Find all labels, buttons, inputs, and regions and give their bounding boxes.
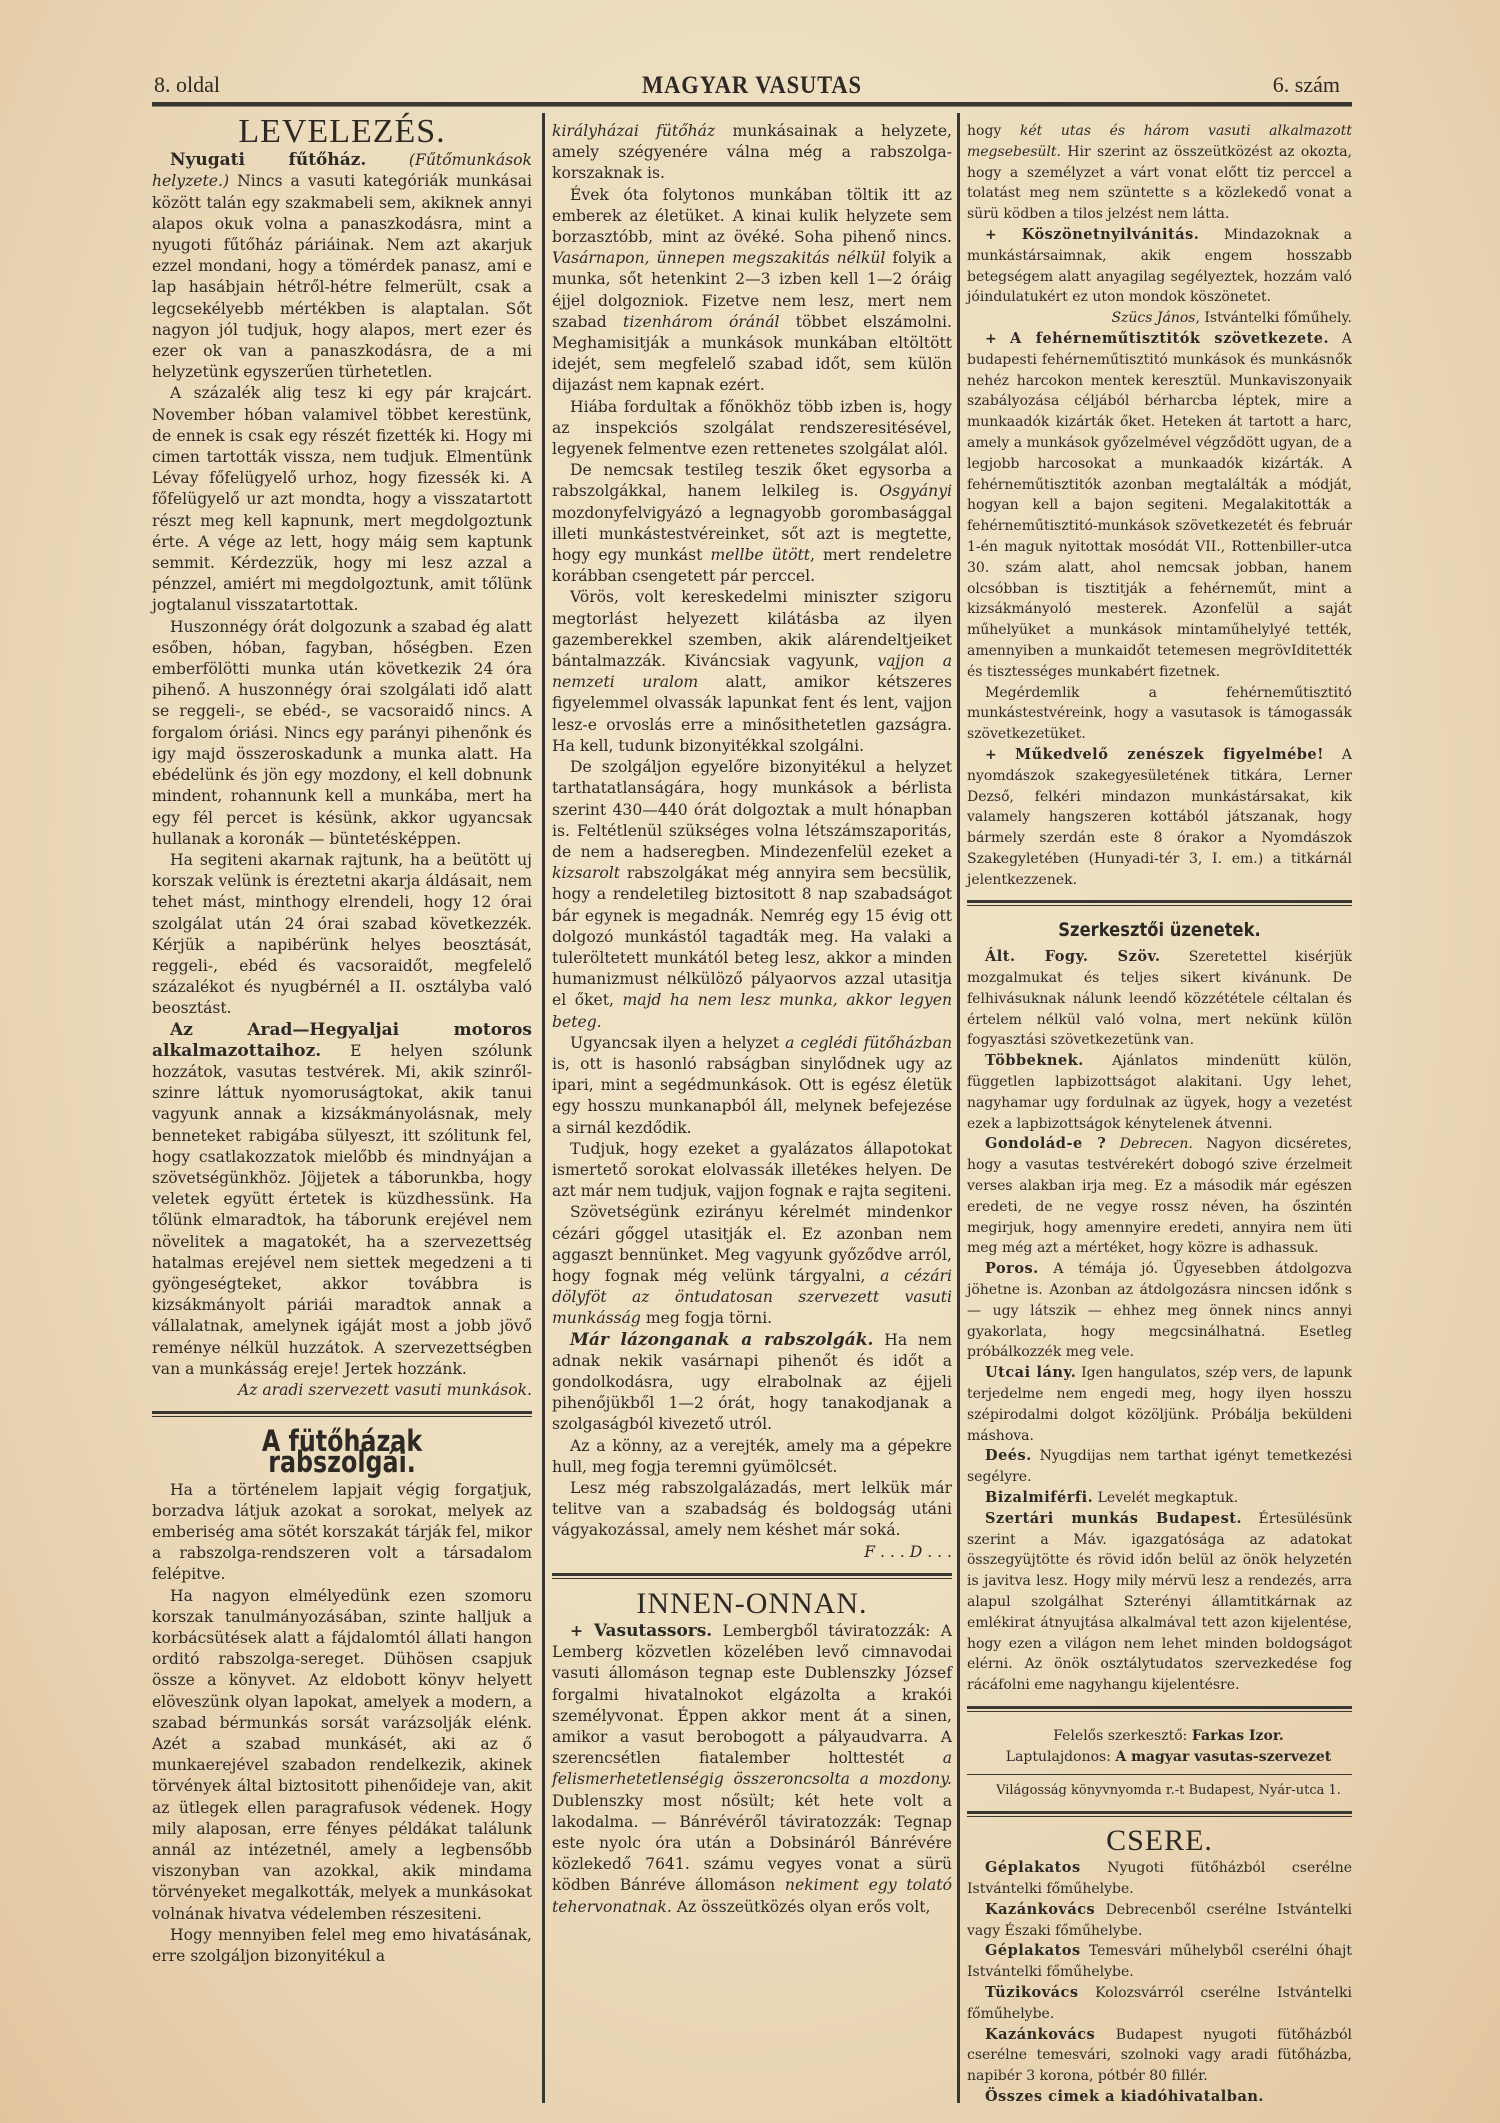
item-lead: Bizalmiférfi. xyxy=(985,1489,1093,1506)
item-lead: Gondolád-e ? xyxy=(985,1135,1106,1152)
item-lead: Kazánkovács xyxy=(985,1901,1095,1918)
paragraph: A százalék alig tesz ki egy pár krajcárt… xyxy=(152,383,532,616)
columns: LEVELEZÉS. Nyugati fűtőház. (Fűtőmunkáso… xyxy=(152,107,1352,2107)
section-divider xyxy=(152,1411,532,1417)
issue-number: 6. szám xyxy=(1273,72,1340,98)
article-lead: Már lázonganak a rabszolgák. xyxy=(570,1330,873,1350)
paragraph: Tudjuk, hogy ezeket a gyalázatos állapot… xyxy=(552,1139,952,1203)
article-koszonetnyilvanitas: + Köszönetnyilvánitás. Mindazoknak a mun… xyxy=(967,225,1352,308)
item-lead: Szertári munkás Budapest. xyxy=(985,1510,1242,1527)
section-divider xyxy=(552,1573,952,1579)
article-lead: Köszönetnyilvánitás. xyxy=(1022,226,1200,243)
cross-icon: + xyxy=(570,1621,594,1640)
exchange-ad: Kazánkovács Budapest nyugoti fütőházból … xyxy=(967,2025,1352,2087)
imprint-printer: Világosság könyvnyomda r.-t Budapest, Ny… xyxy=(967,1781,1352,1802)
paragraph: De nemcsak testileg teszik őket egysorba… xyxy=(552,460,952,587)
column-rule xyxy=(542,113,545,2103)
section-title-innen-onnan: INNEN-ONNAN. xyxy=(552,1593,952,1614)
article-mukedvelo-zeneszek: + Műkedvelő zenészek figyelmébe! A nyomd… xyxy=(967,745,1352,891)
item-lead: Ált. Fogy. Szöv. xyxy=(985,948,1161,965)
paragraph: Megérdemlik a fehérneműtisztitó munkáste… xyxy=(967,683,1352,745)
section-title-levelezes: LEVELEZÉS. xyxy=(152,121,532,142)
paragraph: Az a könny, az a verejték, amely ma a gé… xyxy=(552,1436,952,1478)
editor-message: Utcai lány. Igen hangulatos, szép vers, … xyxy=(967,1363,1352,1446)
column-left: LEVELEZÉS. Nyugati fűtőház. (Fűtőmunkáso… xyxy=(152,121,532,1967)
column-right: hogy két utas és három vasuti alkalmazot… xyxy=(967,121,1352,2108)
paragraph: Hogy mennyiben felel meg emo hivatásának… xyxy=(152,1925,532,1967)
item-lead: Poros. xyxy=(985,1260,1039,1277)
section-divider xyxy=(967,1811,1352,1817)
exchange-footer: Összes cimek a kiadóhivatalban. xyxy=(967,2087,1352,2108)
page-number: 8. oldal xyxy=(154,72,220,98)
paragraph: hogy két utas és három vasuti alkalmazot… xyxy=(967,121,1352,225)
paragraph: De szolgáljon egyelőre bizonyitékul a he… xyxy=(552,757,952,1033)
paragraph: királyházai fütőház munkásainak a helyze… xyxy=(552,121,952,185)
paragraph: Évek óta folytonos munkában töltik itt a… xyxy=(552,185,952,397)
item-lead: Deés. xyxy=(985,1447,1032,1464)
paragraph: Hiába fordultak a főnökhöz több izben is… xyxy=(552,397,952,461)
article-lead: Műkedvelő zenészek figyelmébe! xyxy=(1015,746,1324,763)
editor-message: Bizalmiférfi. Levelét megkaptuk. xyxy=(967,1488,1352,1509)
item-lead: Géplakatos xyxy=(985,1942,1081,1959)
imprint-rule xyxy=(967,1774,1352,1775)
editor-message: Gondolád-e ? Debrecen. Nagyon dicséretes… xyxy=(967,1134,1352,1259)
article-lead: Nyugati fűtőház. xyxy=(170,150,366,170)
article-title-rabszolgai: A fütőházak rabszolgái. xyxy=(186,1431,498,1473)
article-arad-hegyaljai: Az Arad—Hegyaljai motoros alkalmazottaih… xyxy=(152,1020,532,1380)
exchange-ad: Géplakatos Temesvári műhelyből cserélni … xyxy=(967,1941,1352,1983)
imprint-editor: Felelős szerkesztő: Farkas Izor. xyxy=(967,1726,1352,1747)
paragraph: Ha a történelem lapjait végig forgatjuk,… xyxy=(152,1480,532,1586)
imprint-owner: Laptulajdonos: A magyar vasutas-szerveze… xyxy=(967,1747,1352,1768)
article-signature: Szücs János, Istvántelki főműhely. xyxy=(967,308,1352,329)
newspaper-page: 8. oldal MAGYAR VASUTAS 6. szám LEVELEZÉ… xyxy=(152,72,1352,2107)
cross-icon: + xyxy=(985,227,1022,243)
article-lead: A fehérneműtisztitók szövetkezete. xyxy=(1010,330,1329,347)
paragraph: Huszonnégy órát dolgozunk a szabad ég al… xyxy=(152,617,532,850)
section-divider xyxy=(967,900,1352,906)
editor-message: Deés. Nyugdijas nem tarthat igényt temet… xyxy=(967,1446,1352,1488)
editor-message: Poros. A témája jó. Ügyesebben átdolgozv… xyxy=(967,1259,1352,1363)
cross-icon: + xyxy=(985,331,1010,347)
column-rule xyxy=(957,113,960,2103)
paragraph: Lesz még rabszolgalázadás, mert lelkük m… xyxy=(552,1478,952,1542)
article-signature: F . . . D . . . xyxy=(552,1542,952,1563)
section-divider xyxy=(967,1706,1352,1712)
item-lead: Tüzikovács xyxy=(985,1984,1079,2001)
exchange-ad: Tüzikovács Kolozsvárról cserélne Istvánt… xyxy=(967,1983,1352,2025)
cross-icon: + xyxy=(985,747,1015,763)
section-title-csere: CSERE. xyxy=(967,1831,1352,1852)
paragraph: Ugyancsak ilyen a helyzet a ceglédi fütő… xyxy=(552,1033,952,1139)
item-lead: Kazánkovács xyxy=(985,2026,1095,2043)
item-lead: Géplakatos xyxy=(985,1859,1081,1876)
paragraph: Ha nagyon elmélyedünk ezen szomoru korsz… xyxy=(152,1586,532,1925)
column-middle: királyházai fütőház munkásainak a helyze… xyxy=(552,121,952,1918)
exchange-ad: Géplakatos Nyugoti fütőházból cserélne I… xyxy=(967,1858,1352,1900)
article-lead: Vasutassors. xyxy=(594,1621,712,1641)
exchange-ad: Kazánkovács Debrecenből cserélne Istvánt… xyxy=(967,1900,1352,1942)
editor-message: Szertári munkás Budapest. Értesülésünk s… xyxy=(967,1509,1352,1696)
article-signature: Az aradi szervezett vasuti munkások. xyxy=(152,1380,532,1401)
paragraph: Már lázonganak a rabszolgák. Ha nem adna… xyxy=(552,1330,952,1436)
paragraph: Ha segiteni akarnak rajtunk, ha a beütöt… xyxy=(152,850,532,1020)
editor-message: Ált. Fogy. Szöv. Szeretettel kisérjük mo… xyxy=(967,947,1352,1051)
article-vasutassors: + Vasutassors. Lembergből táviratozzák: … xyxy=(552,1620,952,1918)
masthead-title: MAGYAR VASUTAS xyxy=(212,72,1292,100)
editor-message: Többeknek. Ajánlatos mindenütt külön, fü… xyxy=(967,1051,1352,1134)
item-lead: Többeknek. xyxy=(985,1052,1084,1069)
editor-messages-list: Ált. Fogy. Szöv. Szeretettel kisérjük mo… xyxy=(967,947,1352,1696)
running-header: 8. oldal MAGYAR VASUTAS 6. szám xyxy=(152,72,1352,98)
section-title-szerkesztoi-uzenetek: Szerkesztői üzenetek. xyxy=(994,920,1325,941)
exchange-list: Géplakatos Nyugoti fütőházból cserélne I… xyxy=(967,1858,1352,2087)
item-lead: Utcai lány. xyxy=(985,1364,1076,1381)
article-feherneműtisztitok: + A fehérneműtisztitók szövetkezete. A b… xyxy=(967,329,1352,683)
paragraph: Szövetségünk ezirányu kérelmét mindenkor… xyxy=(552,1202,952,1329)
article-nyugati-futohaz: Nyugati fűtőház. (Fűtőmunkások helyzete.… xyxy=(152,150,532,383)
paragraph: Vörös, volt kereskedelmi miniszter szigo… xyxy=(552,587,952,757)
